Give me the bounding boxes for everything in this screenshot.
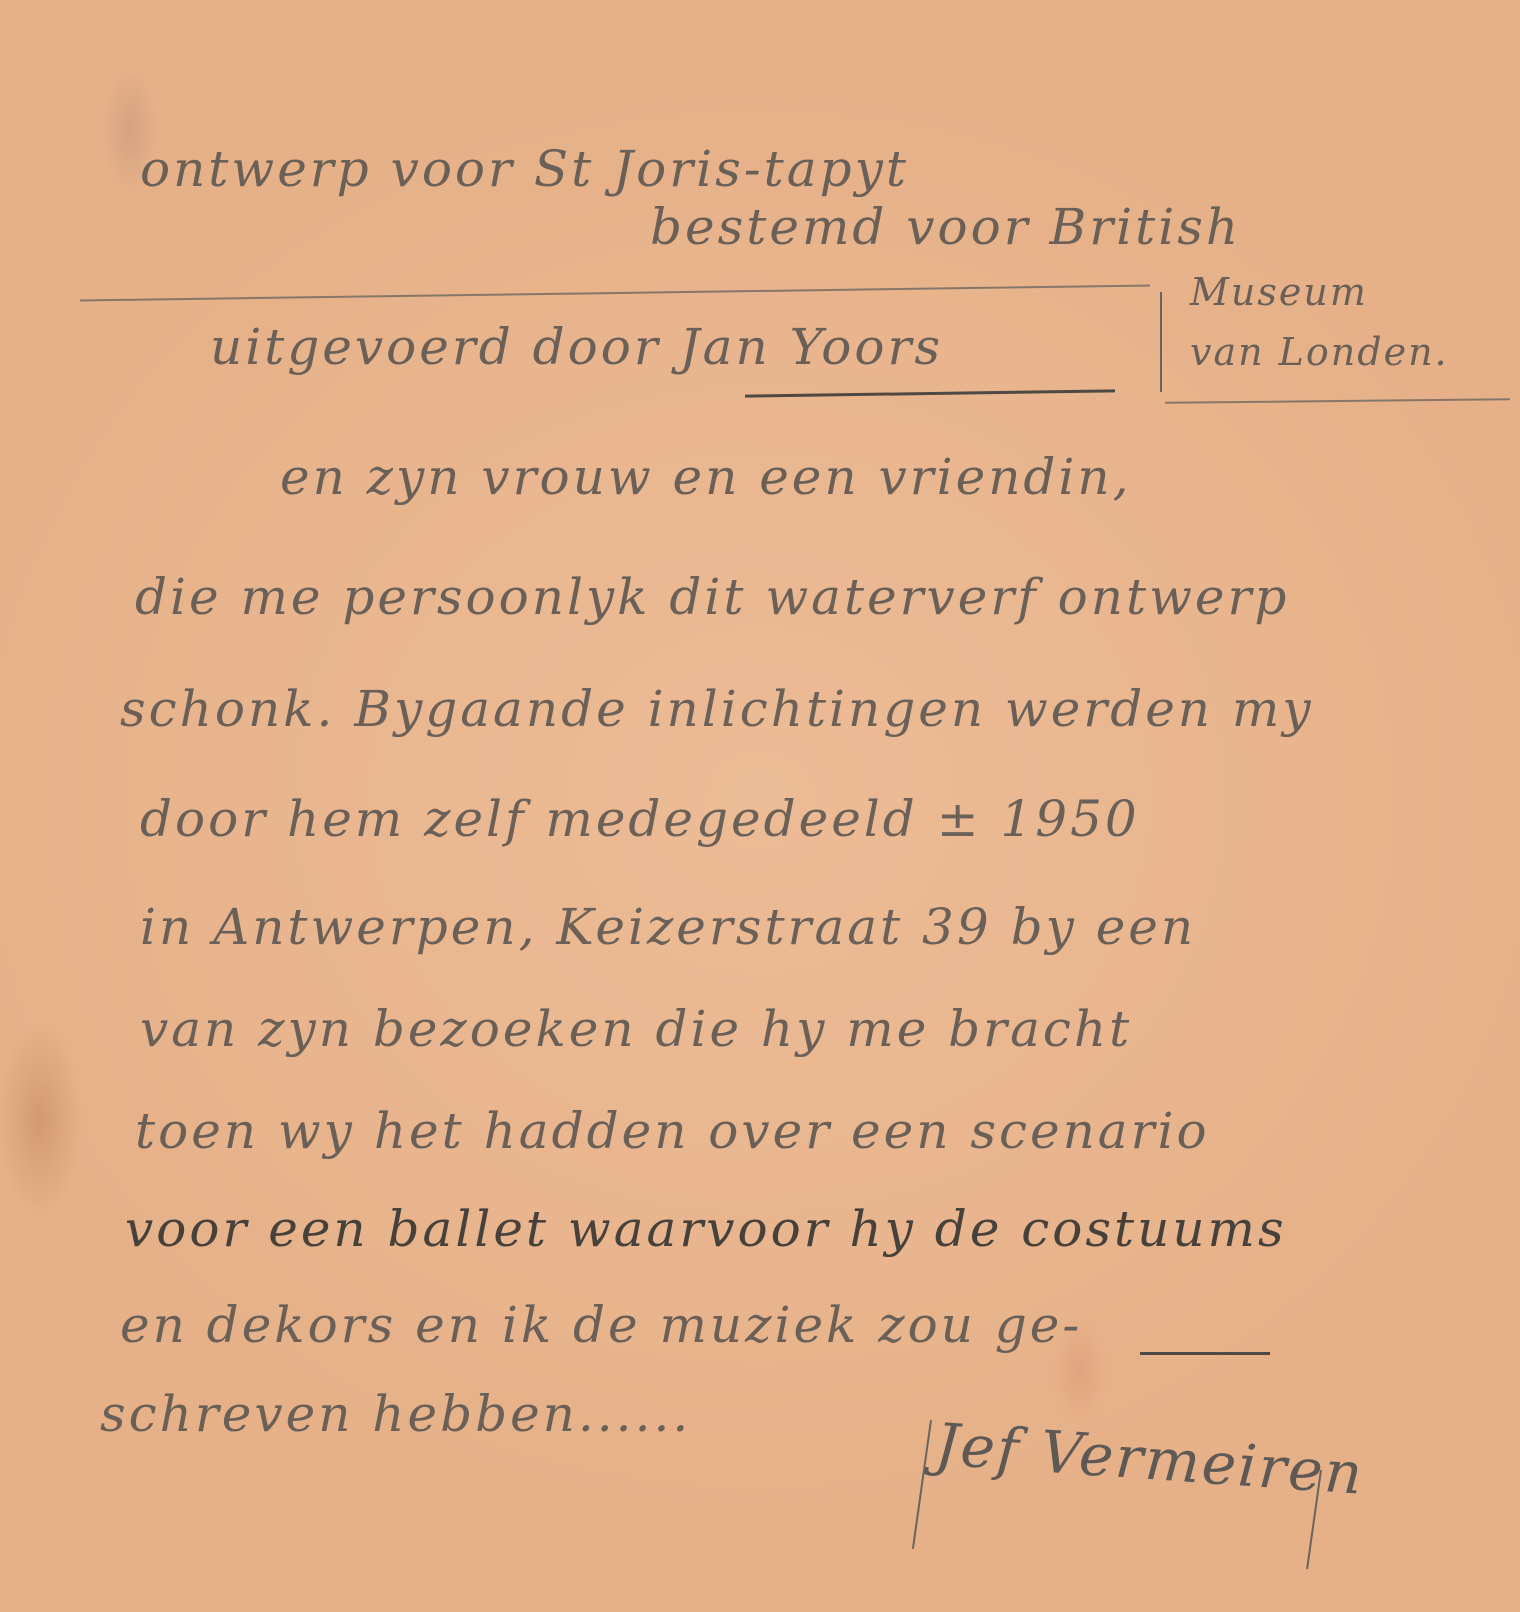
body-line-3: die me persoonlyk dit waterverf ontwerp	[135, 568, 1289, 626]
aside-line-2: van Londen.	[1190, 330, 1449, 374]
body-line-7: van zyn bezoeken die hy me bracht	[140, 1000, 1132, 1058]
body-line-8: toen wy het hadden over een scenario	[135, 1102, 1210, 1160]
aside-bracket	[1160, 292, 1162, 392]
body-line-5: door hem zelf medegedeeld ± 1950	[140, 790, 1140, 848]
underline-jan-yoors	[745, 389, 1115, 397]
aside-rule	[1165, 398, 1510, 404]
body-line-6: in Antwerpen, Keizerstraat 39 by een	[140, 898, 1196, 956]
underline-zou	[1140, 1352, 1270, 1355]
signature: Jef Vermeiren	[933, 1410, 1366, 1508]
handwritten-document: ontwerp voor St Joris-tapyt bestemd voor…	[0, 0, 1520, 1612]
heading-rule	[80, 285, 1150, 302]
body-line-11: schreven hebben......	[100, 1385, 691, 1443]
body-line-4: schonk. Bygaande inlichtingen werden my	[120, 680, 1314, 738]
body-line-10: en dekors en ik de muziek zou ge-	[120, 1296, 1082, 1354]
body-line-2: en zyn vrouw en een vriendin,	[280, 448, 1132, 506]
aside-line-1: Museum	[1190, 270, 1368, 314]
heading-line-1: ontwerp voor St Joris-tapyt	[140, 140, 909, 198]
body-line-1: uitgevoerd door Jan Yoors	[210, 318, 943, 376]
body-line-9: voor een ballet waarvoor hy de costuums	[125, 1200, 1287, 1258]
heading-line-2: bestemd voor British	[650, 198, 1241, 256]
signature-flourish	[912, 1420, 932, 1549]
